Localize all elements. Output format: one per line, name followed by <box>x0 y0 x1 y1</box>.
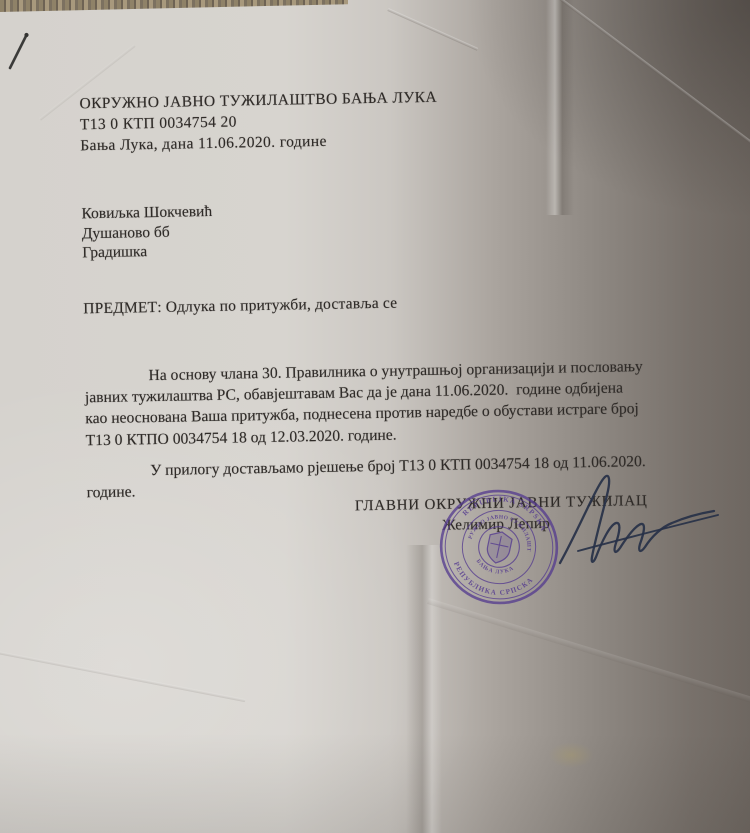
recipient-city: Градишка <box>82 241 213 263</box>
recipient-address: Ковиљка Шокчевић Душаново бб Градишка <box>81 202 213 263</box>
official-stamp: REPUBLIKA SRPSKA РЕПУБЛИКА СРПСКА ОКРУЖН… <box>425 474 574 620</box>
photographed-letter: ОКРУЖНО ЈАВНО ТУЖИЛАШТВО БАЊА ЛУКА Т13 0… <box>0 0 750 833</box>
stamp-crest-icon <box>485 530 513 565</box>
paragraph-1: На основу члана 30. Правилника о унутраш… <box>84 355 709 451</box>
letterhead: ОКРУЖНО ЈАВНО ТУЖИЛАШТВО БАЊА ЛУКА Т13 0… <box>79 87 438 157</box>
recipient-street: Душаново бб <box>82 221 213 243</box>
handwritten-signature <box>552 470 722 572</box>
recipient-name: Ковиљка Шокчевић <box>81 202 212 224</box>
subject-line: ПРЕДМЕТ: Одлука по притужби, доставља се <box>83 295 397 319</box>
letter-content: ОКРУЖНО ЈАВНО ТУЖИЛАШТВО БАЊА ЛУКА Т13 0… <box>0 0 750 833</box>
